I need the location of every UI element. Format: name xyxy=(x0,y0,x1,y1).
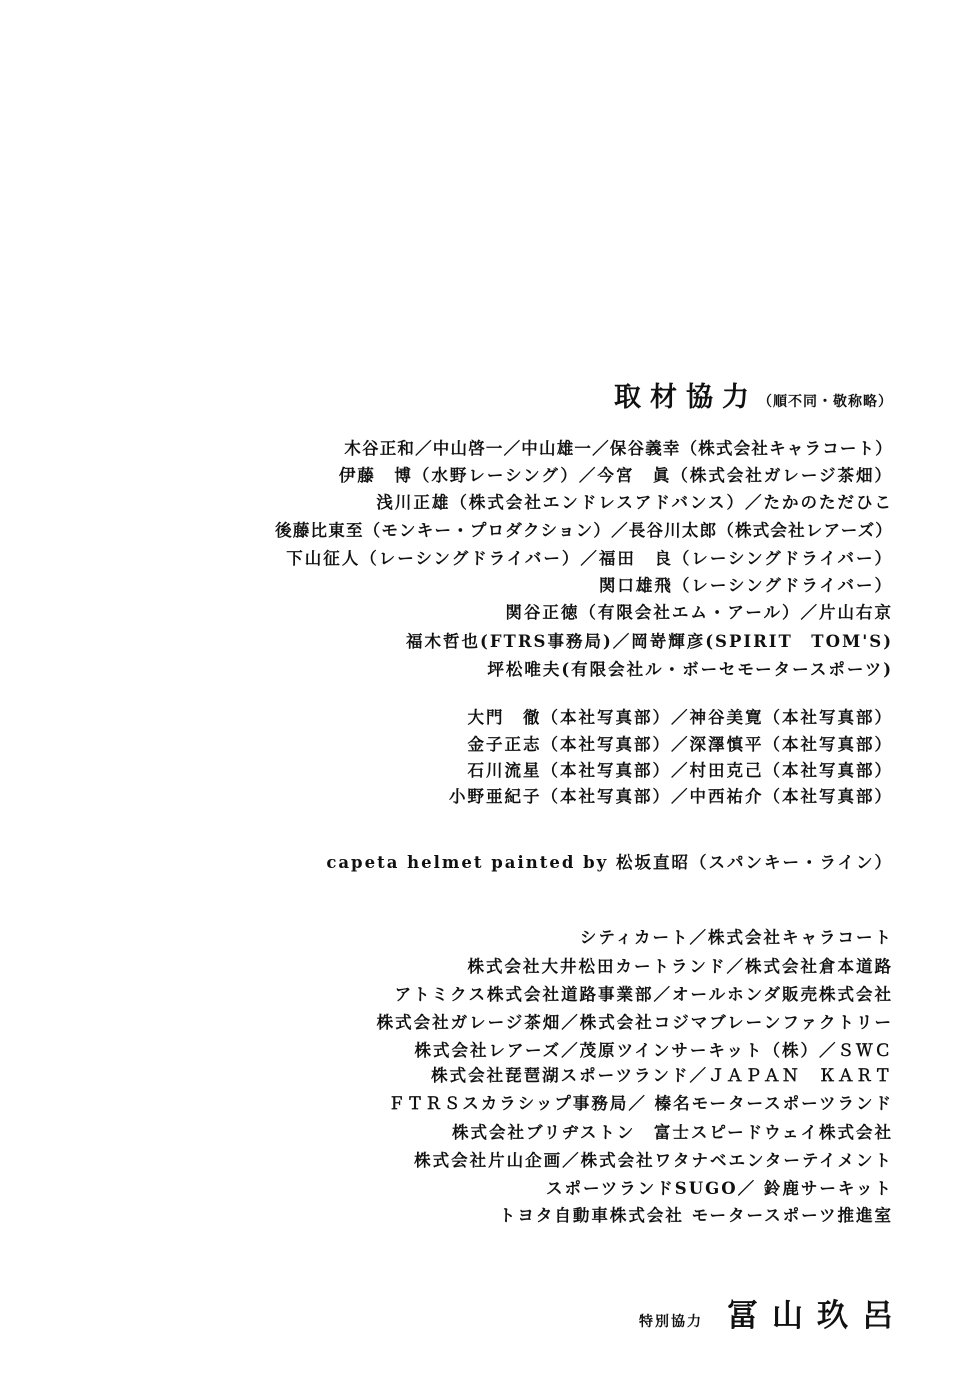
company-line: スポーツランドSUGO／ 鈴鹿サーキット xyxy=(546,1181,893,1198)
credit-line: 下山征人（レーシングドライバー）／福田 良（レーシングドライバー） xyxy=(286,551,893,568)
credits-heading: 取材協力（順不同・敬称略） xyxy=(592,368,893,427)
company-line: 株式会社琵琶湖スポーツランド／ＪＡＰＡＮ ＫＡＲＴ xyxy=(431,1068,893,1085)
company-line: トヨタ自動車株式会社 モータースポーツ推進室 xyxy=(499,1208,893,1225)
company-line: シティカート／株式会社キャラコート xyxy=(580,930,893,947)
credit-line: 木谷正和／中山啓一／中山雄一／保谷義幸（株式会社キャラコート） xyxy=(344,441,893,458)
special-label: 特別協力 xyxy=(639,1314,703,1330)
credit-line: 後藤比東至（モンキー・プロダクション）／長谷川太郎（株式会社レアーズ） xyxy=(275,523,893,540)
photo-credit-line: 大門 徹（本社写真部）／神谷美寛（本社写真部） xyxy=(468,710,894,727)
company-line: 株式会社ガレージ茶畑／株式会社コジマブレーンファクトリー xyxy=(377,1015,893,1032)
photo-credit-line: 石川流星（本社写真部）／村田克己（本社写真部） xyxy=(468,763,894,780)
company-line: 株式会社ブリヂストン 富士スピードウェイ株式会社 xyxy=(452,1125,893,1142)
photo-credit-line: 小野亜紀子（本社写真部）／中西祐介（本社写真部） xyxy=(449,789,893,806)
credit-line: 坪松唯夫(有限会社ル・ボーセモータースポーツ) xyxy=(487,662,893,679)
heading-title: 取材協力 xyxy=(614,382,758,413)
credit-line: 関口雄飛（レーシングドライバー） xyxy=(599,578,893,595)
credit-line: 福木哲也(FTRS事務局)／岡嵜輝彦(SPIRIT TOM'S) xyxy=(406,634,893,651)
credit-line: 関谷正徳（有限会社エム・アール）／片山右京 xyxy=(505,605,893,622)
photo-credit-line: 金子正志（本社写真部）／深澤慎平（本社写真部） xyxy=(468,737,894,754)
credit-line: 浅川正雄（株式会社エンドレスアドバンス）／たかのただひこ xyxy=(376,495,893,512)
company-line: 株式会社片山企画／株式会社ワタナベエンターテイメント xyxy=(414,1153,893,1170)
special-name: 冨山玖呂 xyxy=(727,1298,907,1334)
company-line: 株式会社レアーズ／茂原ツインサーキット（株）／ＳＷＣ xyxy=(414,1043,893,1060)
company-line: ＦＴＲＳスカラシップ事務局／ 榛名モータースポーツランド xyxy=(388,1096,893,1113)
helmet-credit: capeta helmet painted by 松坂直昭（スパンキー・ライン） xyxy=(326,855,893,872)
company-line: 株式会社大井松田カートランド／株式会社倉本道路 xyxy=(468,959,894,976)
company-line: アトミクス株式会社道路事業部／オールホンダ販売株式会社 xyxy=(395,987,893,1004)
credit-line: 伊藤 博（水野レーシング）／今宮 眞（株式会社ガレージ茶畑） xyxy=(339,468,893,485)
special-credit: 特別協力冨山玖呂 xyxy=(617,1285,907,1348)
heading-note: （順不同・敬称略） xyxy=(758,394,893,410)
